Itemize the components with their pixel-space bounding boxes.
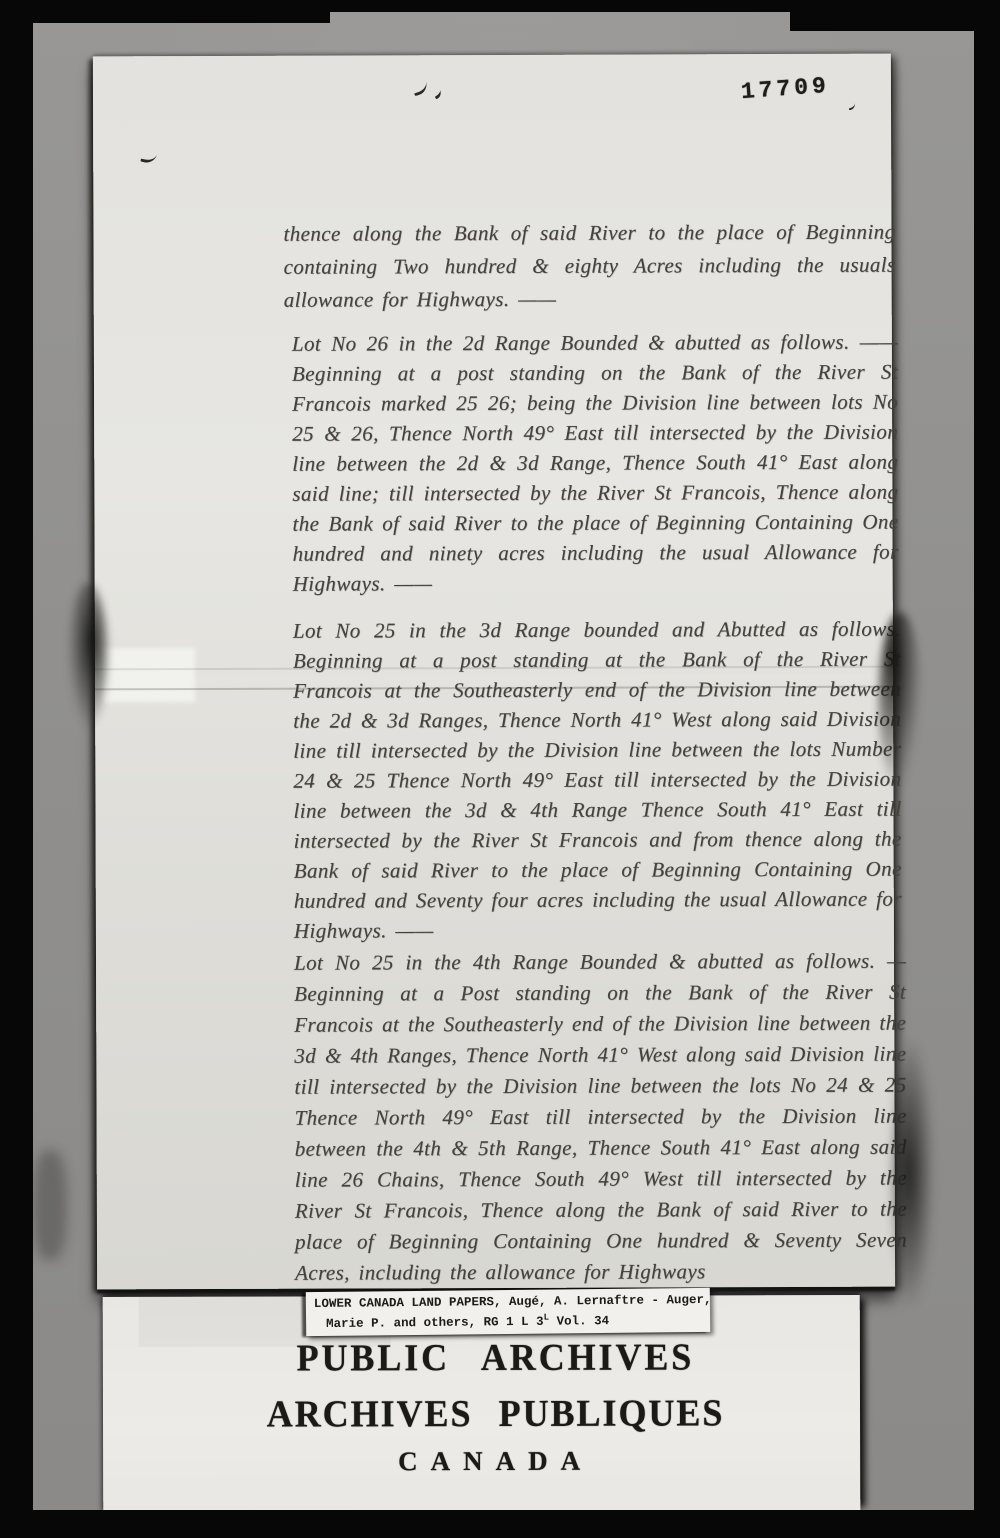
- manuscript-paragraph: Lot No 25 in the 3d Range bounded and Ab…: [293, 614, 902, 946]
- frame-edge-left: [0, 0, 33, 1538]
- frame-edge-bottom: [0, 1510, 1000, 1538]
- archive-stamp-line-english: PUBLIC ARCHIVES: [149, 1335, 842, 1381]
- ink-mark: [431, 86, 443, 100]
- frame-corner-top-right: [790, 0, 1000, 31]
- paper-edge-shadow: [878, 612, 922, 792]
- mat-smudge: [33, 1150, 67, 1260]
- folio-number-stamp: 17709: [740, 73, 831, 105]
- paper-fold-highlight: [103, 648, 195, 702]
- ink-mark: [847, 99, 856, 110]
- catalog-label-line2-text: Marie P. and others, RG 1 L 3: [326, 1315, 544, 1331]
- paper-edge-shadow: [68, 583, 108, 728]
- paper-edge-shadow: [893, 1040, 933, 1305]
- catalog-label-line2-volume: Vol. 34: [549, 1314, 609, 1329]
- manuscript-paragraph: Lot No 25 in the 4th Range Bounded & abu…: [294, 946, 907, 1289]
- manuscript-page: 17709 thence along the Bank of said Rive…: [93, 54, 895, 1290]
- archive-stamp-line-french: ARCHIVES PUBLIQUES: [149, 1391, 842, 1437]
- manuscript-paragraph: thence along the Bank of said River to t…: [283, 216, 895, 317]
- manuscript-paragraph: Lot No 26 in the 2d Range Bounded & abut…: [292, 327, 899, 599]
- catalog-label-line2: Marie P. and others, RG 1 L 3L Vol. 34: [314, 1308, 710, 1332]
- frame-edge-right: [974, 0, 1000, 1538]
- ink-mark: [412, 81, 430, 96]
- archival-photo: 17709 thence along the Bank of said Rive…: [0, 0, 1000, 1538]
- frame-corner-top-left: [0, 0, 330, 23]
- archive-stamp-line-canada: CANADA: [131, 1445, 860, 1478]
- catalog-label: LOWER CANADA LAND PAPERS, Augé, A. Lerna…: [306, 1288, 710, 1336]
- ink-mark: [140, 151, 157, 165]
